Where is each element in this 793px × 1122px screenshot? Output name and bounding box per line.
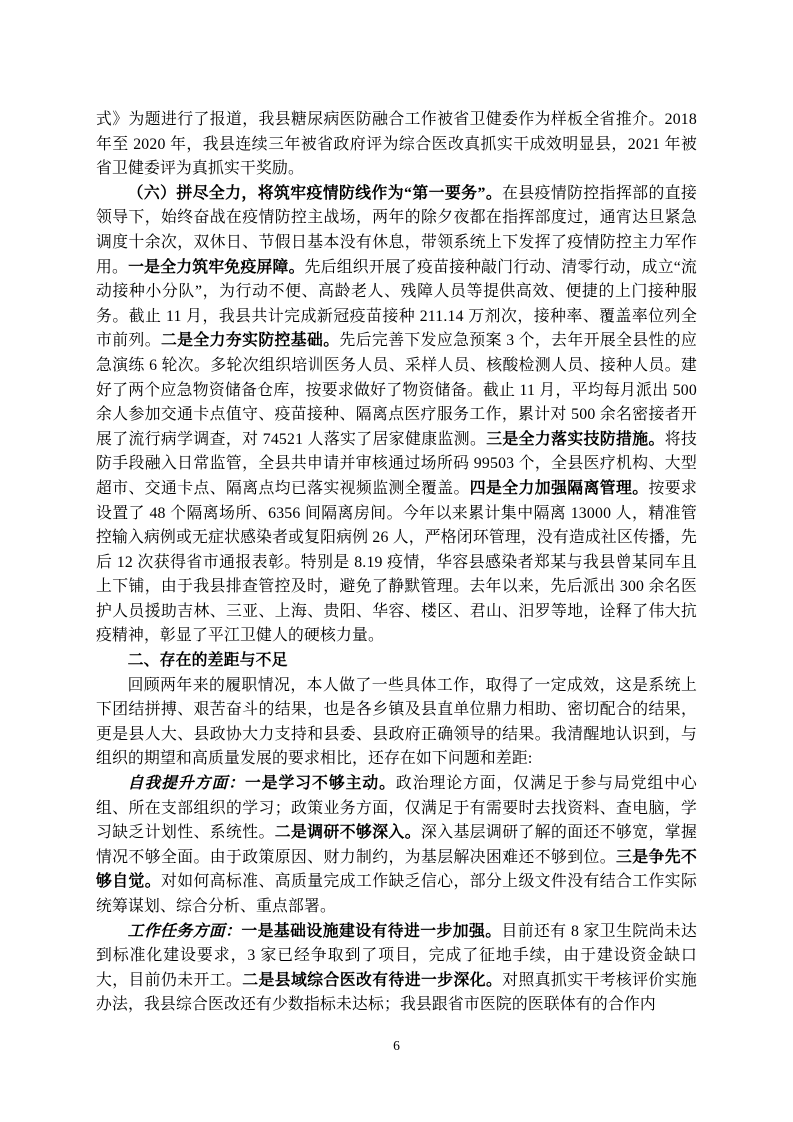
text-run: 按要求设置了 48 个隔离场所、6356 间隔离房间。今年以来累计集中隔离 13… <box>96 480 697 645</box>
paragraph-work-tasks: 工作任务方面：一是基础设施建设有待进一步加强。目前还有 8 家卫生院尚未达到标准… <box>96 920 697 1018</box>
text-run: 对如何高标准、高质量完成工作缺乏信心，部分上级文件没有结合工作实际统筹谋划、综合… <box>96 873 697 915</box>
text-run: 一是学习不够主动。 <box>245 775 396 792</box>
section-heading-gaps: 二、存在的差距与不足 <box>96 649 697 674</box>
text-run: 二是全力夯实防控基础。 <box>161 332 340 349</box>
text-run: 二是调研不够深入。 <box>275 824 421 841</box>
text-run: 一是基础设施建设有待进一步加强。 <box>241 923 501 940</box>
paragraph-continuation: 式》为题进行了报道，我县糖尿病医防融合工作被省卫健委作为样板全省推介。2018 … <box>96 108 697 182</box>
text-run: 回顾两年来的履职情况，本人做了一些具体工作，取得了一定成效，这是系统上下团结拼搏… <box>96 677 697 768</box>
text-run: 四是全力加强隔离管理。 <box>470 480 649 497</box>
document-body: 式》为题进行了报道，我县糖尿病医防融合工作被省卫健委作为样板全省推介。2018 … <box>96 108 697 1018</box>
text-run: 自我提升方面： <box>128 775 245 792</box>
page-number: 6 <box>0 1038 793 1054</box>
paragraph-section-six-epidemic: （六）拼尽全力，将筑牢疫情防线作为“第一要务”。在县疫情防控指挥部的直接领导下，… <box>96 182 697 649</box>
paragraph-self-improvement: 自我提升方面：一是学习不够主动。政治理论方面，仅满足于参与局党组中心组、所在支部… <box>96 772 697 920</box>
document-page: 式》为题进行了报道，我县糖尿病医防融合工作被省卫健委作为样板全省推介。2018 … <box>0 0 793 1122</box>
paragraph-review-summary: 回顾两年来的履职情况，本人做了一些具体工作，取得了一定成效，这是系统上下团结拼搏… <box>96 674 697 772</box>
text-run: （六）拼尽全力，将筑牢疫情防线作为“第一要务”。 <box>128 185 503 202</box>
text-run: 二、存在的差距与不足 <box>128 652 288 669</box>
text-run: 式》为题进行了报道，我县糖尿病医防融合工作被省卫健委作为样板全省推介。2018 … <box>96 111 697 177</box>
text-run: 一是全力筑牢免疫屏障。 <box>128 259 305 276</box>
text-run: 二是县域综合医改有待进一步深化。 <box>242 972 502 989</box>
text-run: 三是全力落实技防措施。 <box>486 431 665 448</box>
text-run: 工作任务方面： <box>128 923 242 940</box>
